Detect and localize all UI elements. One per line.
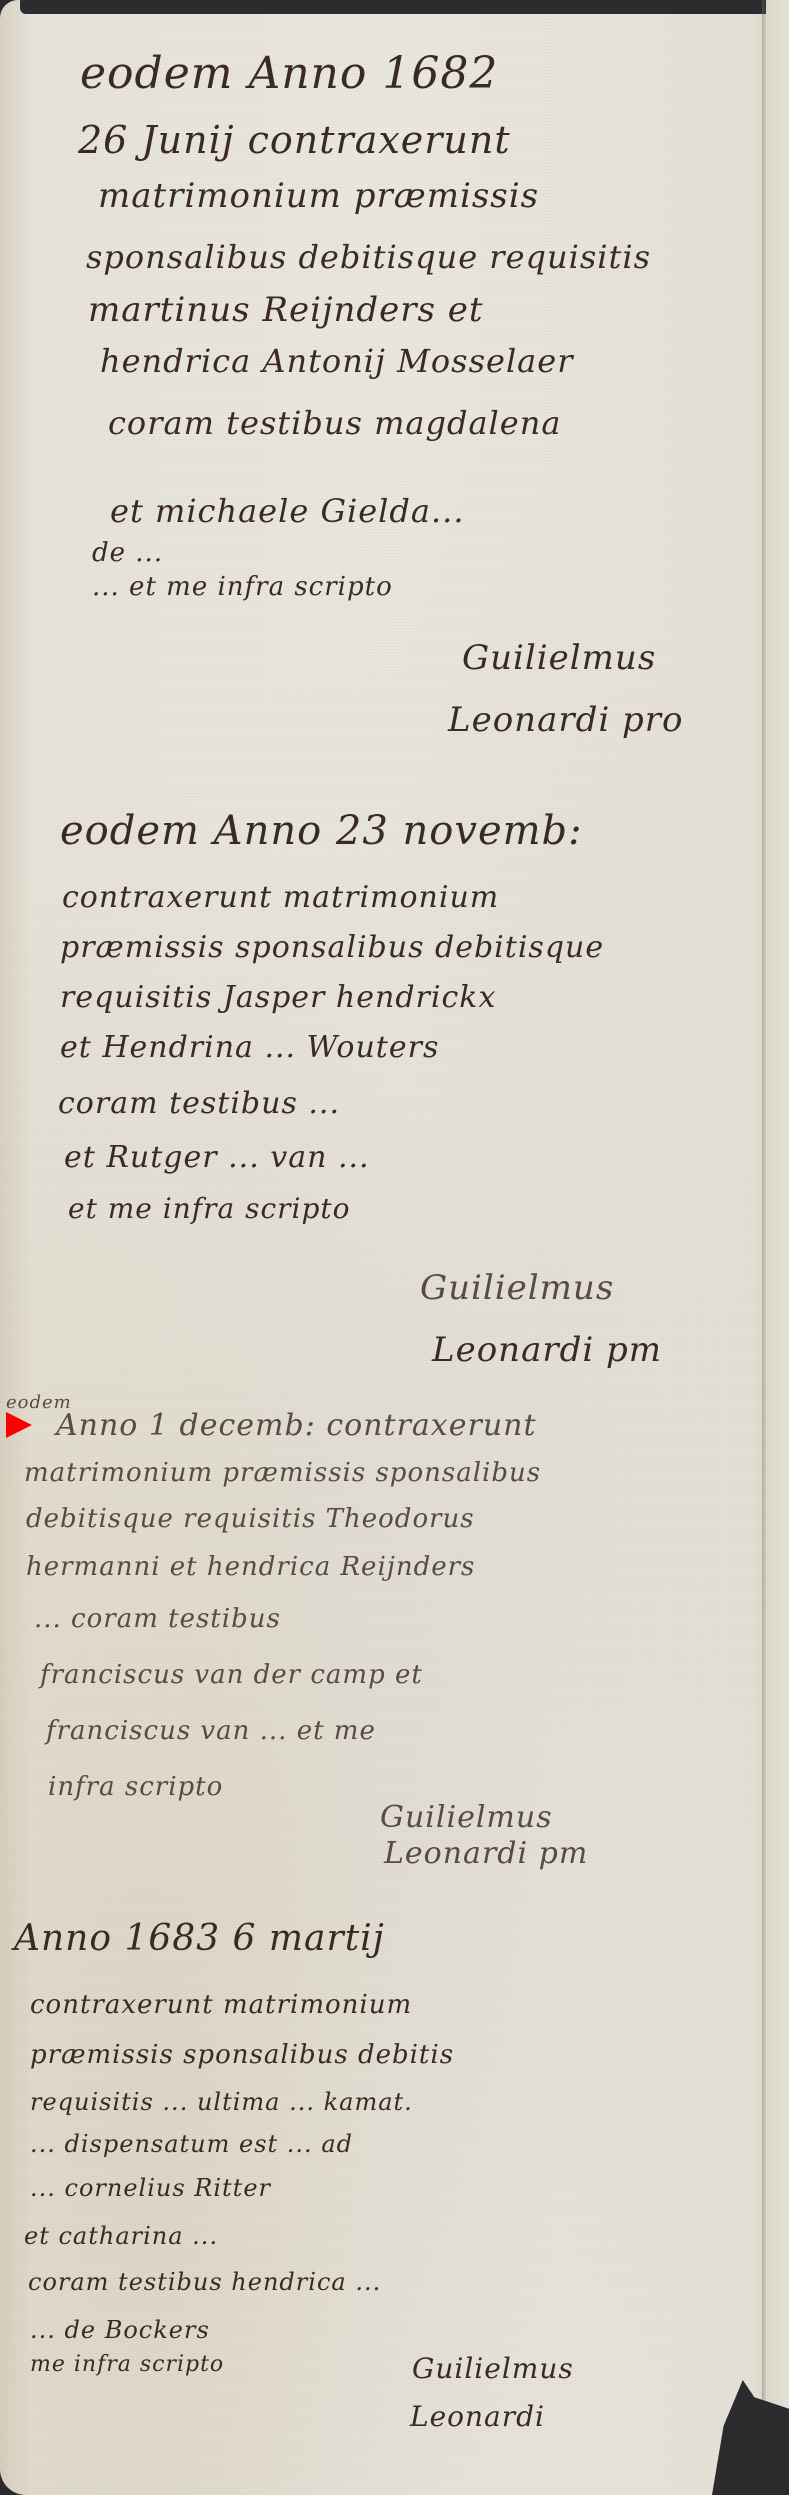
entry-line: eodem Anno 1682	[80, 48, 498, 99]
entry-line: matrimonium præmissis sponsalibus	[24, 1458, 541, 1488]
entry-line: coram testibus ...	[58, 1086, 340, 1121]
entry-line: hendrica Antonij Mosselaer	[100, 342, 573, 380]
signature-name: Guilielmus	[412, 2352, 574, 2385]
entry-line: martinus Reijnders et	[88, 290, 484, 330]
binding-edge	[20, 0, 789, 14]
entry-line: et me infra scripto	[68, 1192, 351, 1225]
entry-line: franciscus van der camp et	[40, 1660, 423, 1690]
entry-line: ... de Bockers	[30, 2316, 210, 2344]
entry-line: Anno 1 decemb: contraxerunt	[56, 1408, 537, 1443]
entry-line: coram testibus hendrica ...	[28, 2268, 381, 2296]
entry-line: contraxerunt matrimonium	[30, 1990, 412, 2020]
entry-line: 26 Junij contraxerunt	[78, 118, 511, 162]
signature-name: Guilielmus	[380, 1800, 553, 1835]
entry-line: et catharina ...	[24, 2222, 218, 2250]
signature-surname: Leonardi pro	[448, 700, 684, 740]
entry-line: Anno 1683 6 martij	[14, 1918, 385, 1959]
entry-line: requisitis Jasper hendrickx	[60, 980, 496, 1015]
entry-line: eodem Anno 23 novemb:	[60, 808, 583, 854]
entry-line: et Rutger ... van ...	[64, 1140, 370, 1175]
entry-line: præmissis sponsalibus debitisque	[60, 930, 604, 965]
signature-surname: Leonardi	[410, 2400, 545, 2433]
entry-line: hermanni et hendrica Reijnders	[26, 1552, 475, 1582]
red-marker-icon	[6, 1412, 32, 1438]
entry-line: et Hendrina ... Wouters	[60, 1030, 439, 1065]
signature-surname: Leonardi pm	[432, 1330, 662, 1370]
entry-line: franciscus van ... et me	[46, 1716, 376, 1746]
signature-surname: Leonardi pm	[384, 1836, 588, 1871]
signature-name: Guilielmus	[420, 1268, 614, 1308]
entry-line: debitisque requisitis Theodorus	[26, 1504, 475, 1534]
register-page: eodem Anno 1682 26 Junij contraxerunt ma…	[0, 0, 789, 2495]
entry-line: ... dispensatum est ... ad	[30, 2130, 353, 2158]
entry-line: me infra scripto	[30, 2352, 224, 2377]
entry-line: coram testibus magdalena	[108, 404, 561, 442]
adjacent-page-edge	[766, 0, 789, 2495]
entry-line: matrimonium præmissis	[98, 176, 539, 216]
signature-name: Guilielmus	[462, 638, 656, 678]
entry-line: ... coram testibus	[34, 1604, 281, 1634]
entry-line: sponsalibus debitisque requisitis	[86, 238, 651, 276]
entry-line: et michaele Gielda...	[110, 492, 464, 530]
entry-line: requisitis ... ultima ... kamat.	[30, 2088, 413, 2116]
entry-line: præmissis sponsalibus debitis	[30, 2040, 454, 2070]
entry-line: ... et me infra scripto	[92, 572, 393, 602]
entry-line: de ...	[92, 538, 163, 568]
entry-line: ... cornelius Ritter	[30, 2174, 271, 2202]
entry-line: infra scripto	[48, 1772, 223, 1802]
entry-line: contraxerunt matrimonium	[62, 880, 499, 915]
